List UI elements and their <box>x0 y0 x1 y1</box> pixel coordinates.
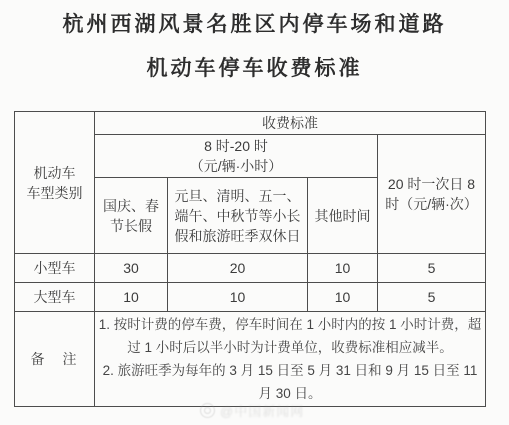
large-vehicle-night-fee: 5 <box>378 283 486 312</box>
weibo-logo-icon <box>200 403 215 418</box>
document-title: 杭州西湖风景名胜区内停车场和道路 机动车停车收费标准 <box>0 10 509 84</box>
header-row-fee-standard: 机动车 车型类别 收费标准 <box>15 112 486 135</box>
table-row-small-vehicle: 小型车 30 20 10 5 <box>15 254 486 283</box>
small-vehicle-minor-holiday-fee: 20 <box>168 254 308 283</box>
small-vehicle-holiday-fee: 30 <box>95 254 168 283</box>
minor-holiday-header-cell: 元旦、清明、五一、端午、中秋节等小长假和旅游旺季双休日 <box>168 178 308 254</box>
vehicle-type-header-line1: 机动车 <box>34 165 76 181</box>
watermark: @中国新闻网 <box>200 401 304 420</box>
table-row-large-vehicle: 大型车 10 10 10 5 <box>15 283 486 312</box>
notes-label-cell: 备 注 <box>15 312 95 407</box>
small-vehicle-night-fee: 5 <box>378 254 486 283</box>
vehicle-type-header-line2: 车型类别 <box>27 185 83 201</box>
day-period-line2: （元/辆·小时） <box>190 158 283 174</box>
title-line-1: 杭州西湖风景名胜区内停车场和道路 <box>0 10 509 40</box>
fee-standard-header-cell: 收费标准 <box>95 112 486 135</box>
document-page: 杭州西湖风景名胜区内停车场和道路 机动车停车收费标准 机动车 车型类别 收费标准… <box>0 0 509 425</box>
parking-fee-table: 机动车 车型类别 收费标准 8 时-20 时 （元/辆·小时） 20 时一次日 … <box>14 111 486 407</box>
note-item-2: 2. 旅游旺季为每年的 3 月 15 日至 5 月 31 日和 9 月 15 日… <box>98 359 482 405</box>
day-period-header-cell: 8 时-20 时 （元/辆·小时） <box>95 135 378 178</box>
note-item-1: 1. 按时计费的停车费，停车时间在 1 小时内的按 1 小时计费，超过 1 小时… <box>98 313 482 359</box>
row-label-small-vehicle: 小型车 <box>15 254 95 283</box>
title-line-2: 机动车停车收费标准 <box>0 54 509 84</box>
small-vehicle-other-fee: 10 <box>308 254 378 283</box>
holiday-long-header-cell: 国庆、春节长假 <box>95 178 168 254</box>
vehicle-type-header-cell: 机动车 车型类别 <box>15 112 95 254</box>
notes-content-cell: 1. 按时计费的停车费，停车时间在 1 小时内的按 1 小时计费，超过 1 小时… <box>95 312 486 407</box>
large-vehicle-holiday-fee: 10 <box>95 283 168 312</box>
other-time-header-cell: 其他时间 <box>308 178 378 254</box>
night-period-header-cell: 20 时一次日 8 时（元/辆·次） <box>378 135 486 254</box>
large-vehicle-other-fee: 10 <box>308 283 378 312</box>
notes-row: 备 注 1. 按时计费的停车费，停车时间在 1 小时内的按 1 小时计费，超过 … <box>15 312 486 407</box>
large-vehicle-minor-holiday-fee: 10 <box>168 283 308 312</box>
day-period-line1: 8 时-20 时 <box>204 138 268 154</box>
row-label-large-vehicle: 大型车 <box>15 283 95 312</box>
watermark-text: @中国新闻网 <box>220 401 304 420</box>
